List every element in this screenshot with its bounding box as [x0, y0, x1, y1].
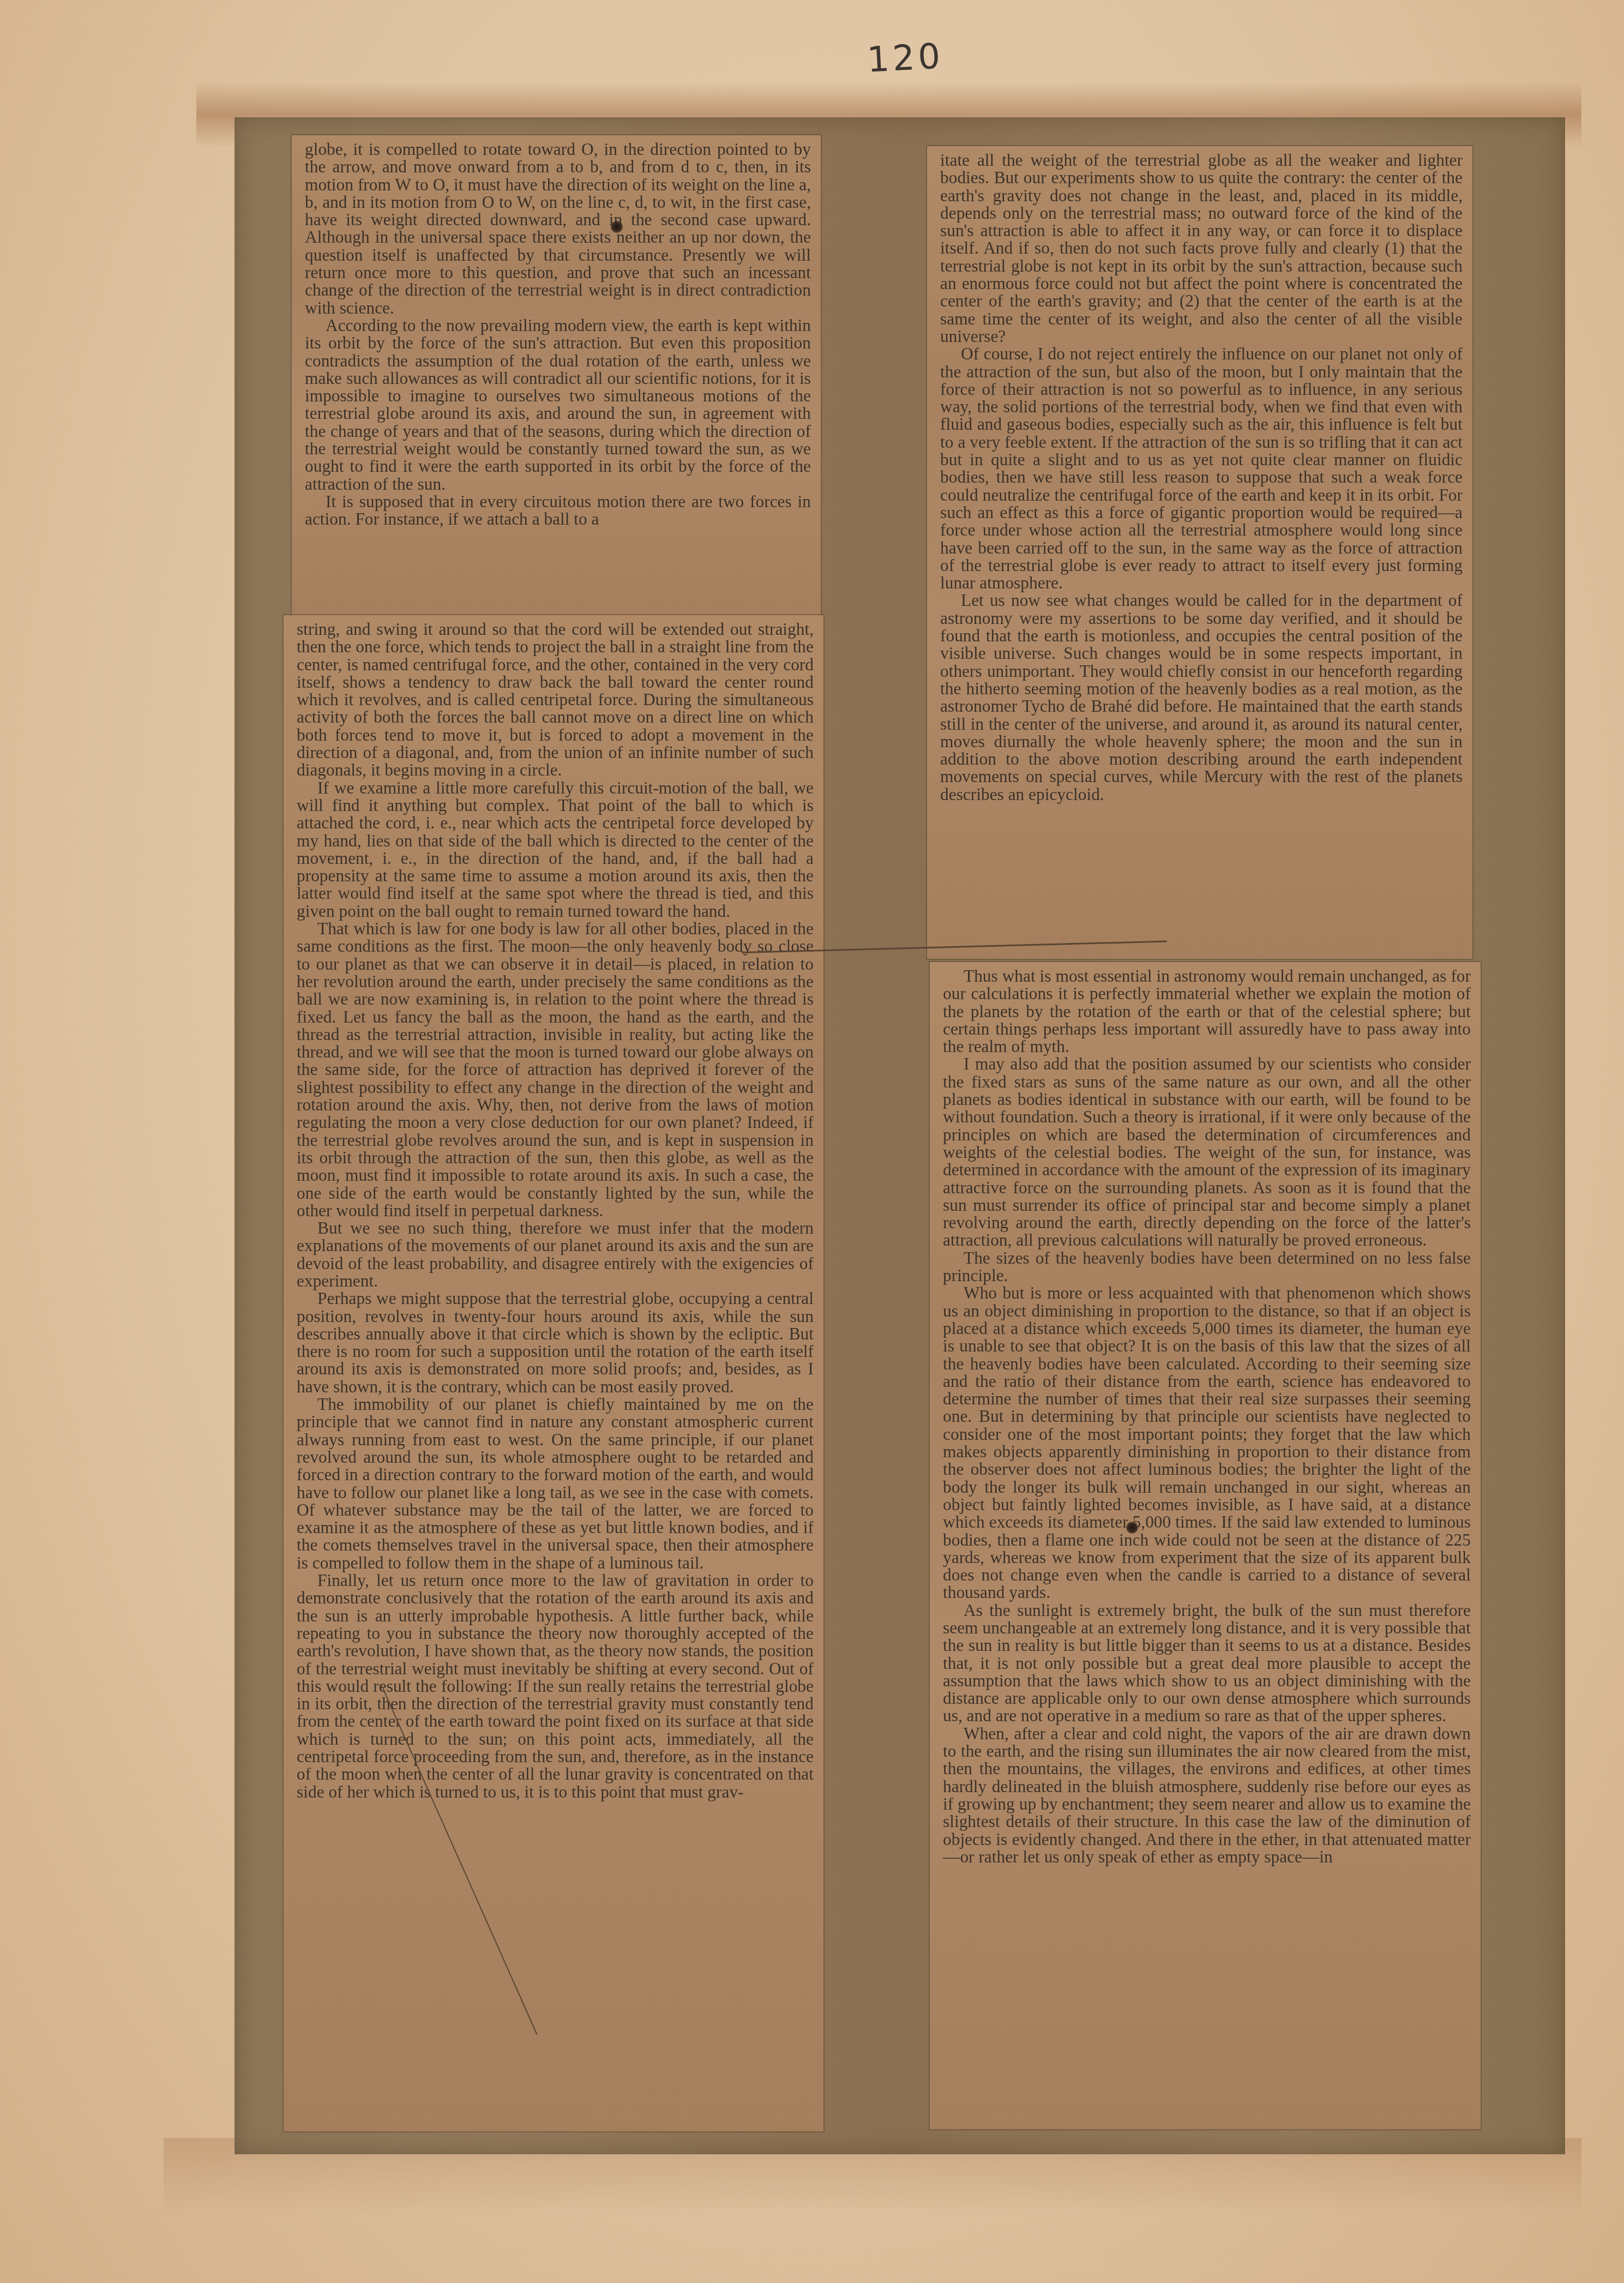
paragraph: itate all the weight of the terrestrial … [940, 152, 1463, 345]
paragraph: When, after a clear and cold night, the … [943, 1725, 1471, 1866]
paragraph: globe, it is compelled to rotate toward … [305, 141, 811, 317]
burn-hole [611, 221, 623, 233]
paragraph: Finally, let us return once more to the … [297, 1572, 814, 1801]
paragraph: Let us now see what changes would be cal… [940, 592, 1463, 803]
paragraph: According to the now prevailing modern v… [305, 317, 811, 493]
paragraph: It is supposed that in every circuitous … [305, 493, 811, 528]
right-column-clipping-top: itate all the weight of the terrestrial … [927, 146, 1472, 959]
handwritten-page-number: 120 [866, 36, 945, 80]
paragraph: Perhaps we might suppose that the terres… [297, 1290, 814, 1396]
paragraph: If we examine a little more carefully th… [297, 779, 814, 920]
paragraph: Thus what is most essential in astronomy… [943, 968, 1471, 1055]
paragraph: Of course, I do not reject entirely the … [940, 345, 1463, 592]
paragraph: string, and swing it around so that the … [297, 621, 814, 779]
right-column-clipping-bottom: Thus what is most essential in astronomy… [930, 962, 1481, 2129]
left-column-clipping-top: globe, it is compelled to rotate toward … [292, 135, 821, 615]
left-column-clipping-bottom: string, and swing it around so that the … [284, 615, 823, 2131]
paragraph: But we see no such thing, therefore we m… [297, 1219, 814, 1290]
paragraph: As the sunlight is extremely bright, the… [943, 1602, 1471, 1725]
paragraph: The immobility of our planet is chiefly … [297, 1396, 814, 1572]
paragraph: I may also add that the position assumed… [943, 1055, 1471, 1249]
paragraph: The sizes of the heavenly bodies have be… [943, 1249, 1471, 1285]
paragraph: That which is law for one body is law fo… [297, 920, 814, 1219]
paragraph: Who but is more or less acquainted with … [943, 1284, 1471, 1601]
burn-hole [1126, 1522, 1138, 1534]
